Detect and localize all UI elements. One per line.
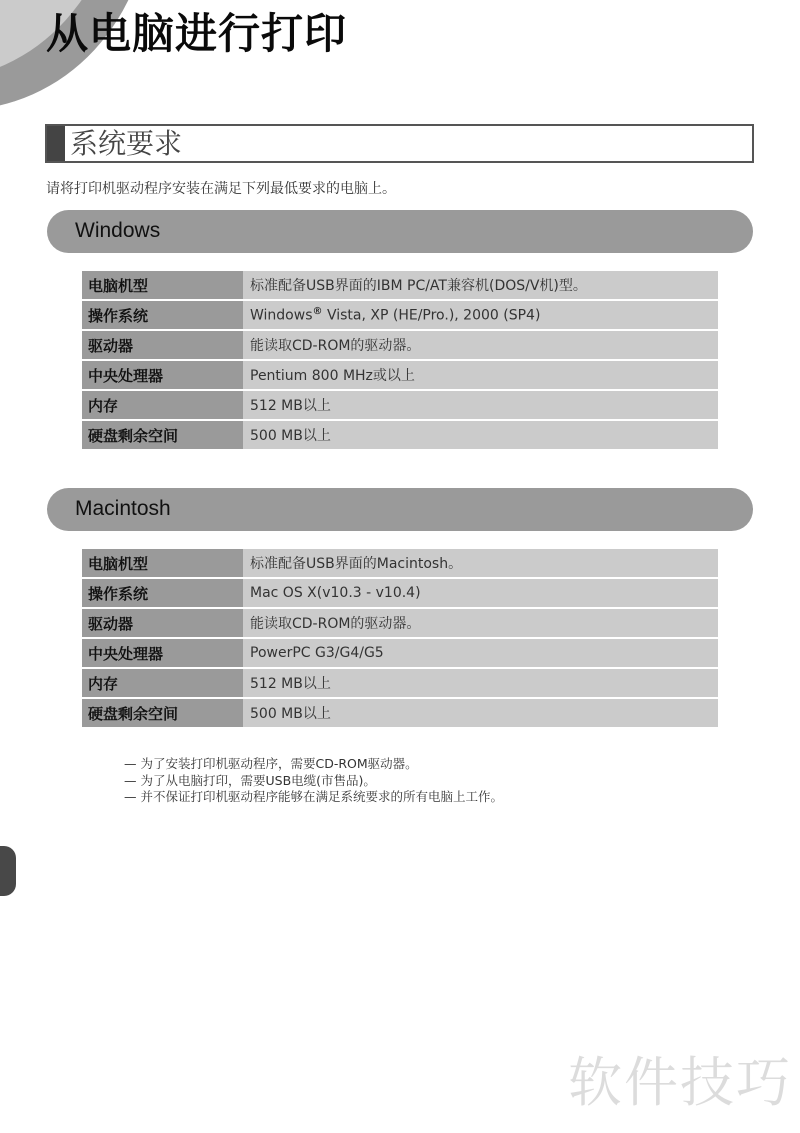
table-row: 中央处理器 PowerPC G3/G4/G5	[82, 639, 718, 667]
spec-key: 操作系统	[82, 301, 243, 329]
spec-value: Mac OS X(v10.3 - v10.4)	[243, 579, 718, 607]
page-title: 从电脑进行打印	[46, 6, 347, 62]
spec-value: 能读取CD-ROM的驱动器。	[243, 609, 718, 637]
notes-list: 为了安装打印机驱动程序，需要CD-ROM驱动器。 为了从电脑打印，需要USB电缆…	[124, 756, 503, 806]
macintosh-spec-table: 电脑机型 标准配备USB界面的Macintosh。 操作系统 Mac OS X(…	[82, 547, 718, 729]
spec-key: 中央处理器	[82, 361, 243, 389]
table-row: 操作系统 Windows® Vista, XP (HE/Pro.), 2000 …	[82, 301, 718, 329]
windows-header-label: Windows	[75, 219, 160, 243]
section-heading-bar	[47, 126, 65, 161]
macintosh-header-label: Macintosh	[75, 497, 171, 521]
os-versions: Vista, XP (HE/Pro.), 2000 (SP4)	[323, 308, 541, 324]
watermark: 软件技巧	[568, 1040, 792, 1117]
spec-key: 硬盘剩余空间	[82, 699, 243, 727]
table-row: 硬盘剩余空间 500 MB以上	[82, 421, 718, 449]
windows-header: Windows	[47, 210, 753, 253]
spec-value: 标准配备USB界面的Macintosh。	[243, 549, 718, 577]
spec-key: 中央处理器	[82, 639, 243, 667]
spec-value: 512 MB以上	[243, 391, 718, 419]
spec-value: 500 MB以上	[243, 421, 718, 449]
spec-key: 操作系统	[82, 579, 243, 607]
spec-value: 标准配备USB界面的IBM PC/AT兼容机(DOS/V机)型。	[243, 271, 718, 299]
windows-spec-table: 电脑机型 标准配备USB界面的IBM PC/AT兼容机(DOS/V机)型。 操作…	[82, 269, 718, 451]
table-row: 内存 512 MB以上	[82, 669, 718, 697]
spec-key: 内存	[82, 391, 243, 419]
spec-value: 能读取CD-ROM的驱动器。	[243, 331, 718, 359]
table-row: 中央处理器 Pentium 800 MHz或以上	[82, 361, 718, 389]
spec-key: 驱动器	[82, 609, 243, 637]
spec-key: 电脑机型	[82, 549, 243, 577]
spec-key: 电脑机型	[82, 271, 243, 299]
table-row: 硬盘剩余空间 500 MB以上	[82, 699, 718, 727]
table-row: 内存 512 MB以上	[82, 391, 718, 419]
spec-value: 500 MB以上	[243, 699, 718, 727]
table-row: 驱动器 能读取CD-ROM的驱动器。	[82, 609, 718, 637]
note-item: 为了从电脑打印，需要USB电缆(市售品)。	[124, 773, 503, 790]
table-row: 电脑机型 标准配备USB界面的IBM PC/AT兼容机(DOS/V机)型。	[82, 271, 718, 299]
spec-value: PowerPC G3/G4/G5	[243, 639, 718, 667]
spec-value: Pentium 800 MHz或以上	[243, 361, 718, 389]
table-row: 驱动器 能读取CD-ROM的驱动器。	[82, 331, 718, 359]
registered-mark: ®	[313, 306, 323, 317]
section-heading: 系统要求	[45, 124, 754, 163]
spec-key: 驱动器	[82, 331, 243, 359]
table-row: 操作系统 Mac OS X(v10.3 - v10.4)	[82, 579, 718, 607]
spec-key: 硬盘剩余空间	[82, 421, 243, 449]
side-chapter-tab	[0, 846, 16, 896]
note-item: 为了安装打印机驱动程序，需要CD-ROM驱动器。	[124, 756, 503, 773]
note-item: 并不保证打印机驱动程序能够在满足系统要求的所有电脑上工作。	[124, 789, 503, 806]
spec-value: Windows® Vista, XP (HE/Pro.), 2000 (SP4)	[243, 301, 718, 329]
spec-value: 512 MB以上	[243, 669, 718, 697]
spec-key: 内存	[82, 669, 243, 697]
intro-text: 请将打印机驱动程序安装在满足下列最低要求的电脑上。	[46, 178, 396, 198]
os-name: Windows	[250, 308, 313, 324]
macintosh-header: Macintosh	[47, 488, 753, 531]
section-title: 系统要求	[70, 127, 182, 161]
table-row: 电脑机型 标准配备USB界面的Macintosh。	[82, 549, 718, 577]
